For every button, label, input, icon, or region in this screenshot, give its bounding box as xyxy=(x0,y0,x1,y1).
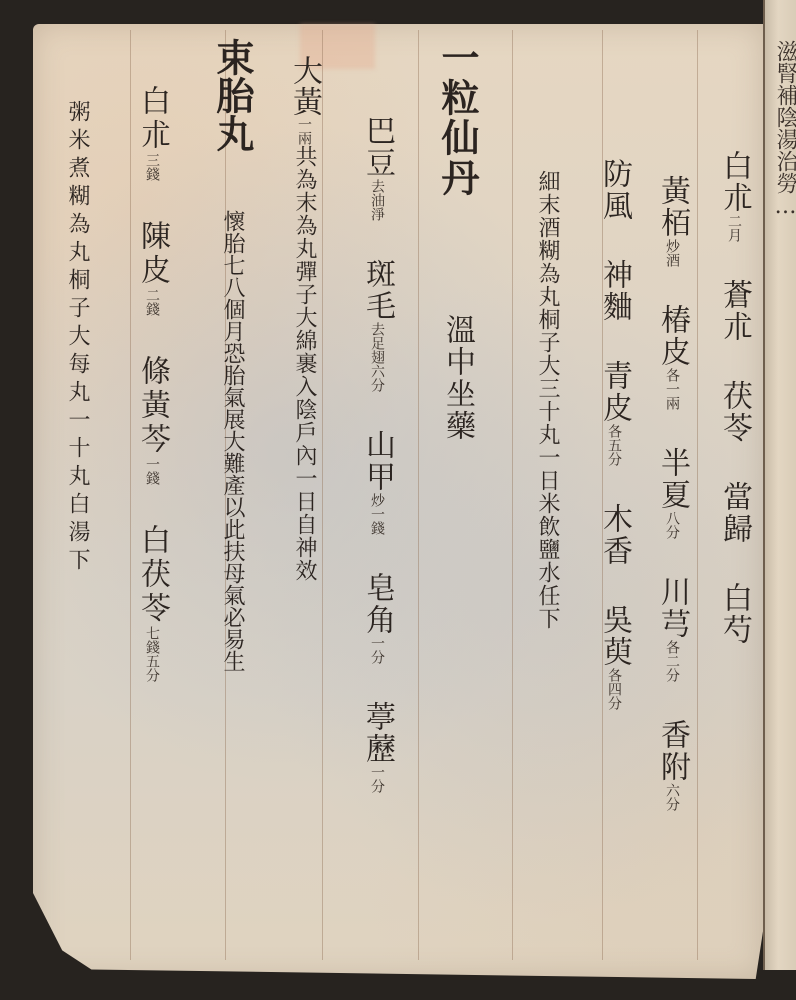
recipe-title: 束胎丸 xyxy=(210,38,255,152)
herb-name: 椿皮 xyxy=(655,304,690,368)
herb-name: 青皮 xyxy=(597,360,632,424)
preparation-instructions: 細末酒糊為丸桐子大三十丸一日米飲鹽水任下 xyxy=(535,170,560,630)
dosage-note: 八分 xyxy=(665,511,679,539)
text-column-3: 防風 神麯 青皮各五分 木香 吳萸各四分 xyxy=(592,158,636,710)
text-column-7: 大黃一兩共為末為丸彈子大綿裹入陰戶內一日自神效 xyxy=(282,55,326,582)
herb-name: 白朮 xyxy=(135,85,170,153)
preparation-instructions: 粥米煮糊為丸桐子大每丸一十丸白湯下 xyxy=(65,100,90,576)
rule-line xyxy=(512,30,513,960)
rule-line xyxy=(697,30,698,960)
dosage-note: 各一兩 xyxy=(665,368,679,410)
dosage-note: 去足翅六分 xyxy=(370,322,384,392)
herb-name: 條黃芩 xyxy=(135,355,170,457)
text-column-8: 束胎丸 懷胎七八個月恐胎氣展大難產以此扶母氣必易生 xyxy=(205,38,260,672)
herb-name: 斑毛 xyxy=(360,258,395,322)
dosage-note: 七錢五分 xyxy=(145,626,159,682)
herb-name: 川芎 xyxy=(655,576,690,640)
herb-name: 陳皮 xyxy=(135,220,170,288)
herb-name: 白茯苓 xyxy=(135,524,170,626)
herb-name: 當歸 xyxy=(717,481,752,545)
facing-page-text: 滋腎補陰湯治勞… xyxy=(770,40,796,219)
dosage-note: 去油淨 xyxy=(370,179,384,221)
herb-name: 蒼朮 xyxy=(717,279,752,343)
dosage-note: 各四分 xyxy=(607,668,621,710)
text-column-9: 白朮三錢 陳皮二錢 條黃芩一錢 白茯苓七錢五分 xyxy=(130,85,174,682)
recipe-subtitle: 溫中坐藥 xyxy=(440,314,475,442)
facing-page-column: 滋腎補陰湯治勞… xyxy=(773,40,796,219)
dosage-note: 二月 xyxy=(727,214,741,242)
herb-name: 白芍 xyxy=(717,582,752,646)
dosage-note: 各二分 xyxy=(665,640,679,682)
herb-name: 半夏 xyxy=(655,447,690,511)
rule-line xyxy=(418,30,419,960)
herb-name: 黃栢 xyxy=(655,175,690,239)
herb-name: 巴豆 xyxy=(360,115,395,179)
herb-name: 葶藶 xyxy=(360,701,395,765)
herb-name: 山甲 xyxy=(360,429,395,493)
dosage-note: 一分 xyxy=(370,636,384,664)
herb-name: 神麯 xyxy=(597,259,632,323)
dosage-note: 炒酒 xyxy=(665,239,679,267)
recipe-title: 一粒仙丹 xyxy=(435,38,480,198)
dosage-note: 炒一錢 xyxy=(370,493,384,535)
text-column-10: 粥米煮糊為丸桐子大每丸一十丸白湯下 xyxy=(62,100,93,576)
dosage-note: 各五分 xyxy=(607,424,621,466)
dosage-note: 一兩 xyxy=(297,117,311,145)
herb-name: 茯苓 xyxy=(717,380,752,444)
text-column-4-instructions: 細末酒糊為丸桐子大三十丸一日米飲鹽水任下 xyxy=(532,170,563,630)
dosage-note: 二錢 xyxy=(145,288,159,316)
dosage-note: 一分 xyxy=(370,765,384,793)
text-column-6: 巴豆去油淨 斑毛去足翅六分 山甲炒一錢 皂角一分 葶藶一分 xyxy=(355,115,399,793)
dosage-note: 六分 xyxy=(665,783,679,811)
preparation-instructions: 共為末為丸彈子大綿裹入陰戶內一日自神效 xyxy=(292,145,317,582)
text-column-1: 白朮二月 蒼朮 茯苓 當歸 白芍 xyxy=(712,150,756,646)
herb-name: 木香 xyxy=(597,503,632,567)
text-column-2: 黃栢炒酒 椿皮各一兩 半夏八分 川芎各二分 香附六分 xyxy=(650,175,694,811)
herb-name: 白朮 xyxy=(717,150,752,214)
dosage-note: 三錢 xyxy=(145,153,159,181)
herb-name: 大黃 xyxy=(287,55,322,117)
manuscript-scan: 白朮二月 蒼朮 茯苓 當歸 白芍 黃栢炒酒 椿皮各一兩 半夏八分 川芎各二分 香… xyxy=(0,0,796,1000)
herb-name: 防風 xyxy=(597,158,632,222)
herb-name: 吳萸 xyxy=(597,604,632,668)
text-column-5-title: 一粒仙丹 溫中坐藥 xyxy=(430,38,485,442)
herb-name: 香附 xyxy=(655,719,690,783)
herb-name: 皂角 xyxy=(360,572,395,636)
recipe-indication: 懷胎七八個月恐胎氣展大難產以此扶母氣必易生 xyxy=(220,210,245,672)
dosage-note: 一錢 xyxy=(145,457,159,485)
